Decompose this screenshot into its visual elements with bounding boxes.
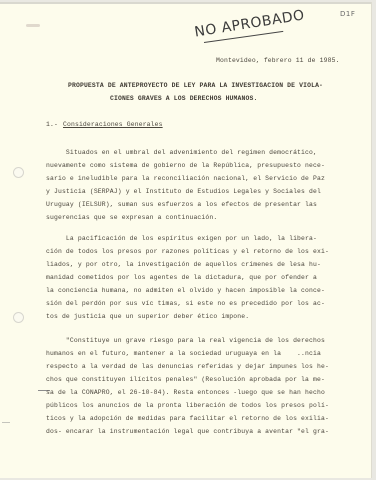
text-line: "Constituye un grave riesgo para la real… [46, 337, 325, 345]
text-line: ticos y la adopción de medidas para faci… [46, 415, 329, 423]
text-line: sugerencias que se expresan a continuaci… [46, 214, 217, 222]
text-line: La pacificación de los espíritus exigen … [46, 235, 317, 243]
text-line: Situados en el umbral del advenimiento d… [46, 149, 317, 157]
text-line: liados, y por otro, la investigación de … [46, 261, 321, 269]
text-line: la conciencia humana, no admiten el olvi… [46, 287, 325, 295]
scan-smudge [26, 24, 40, 27]
document-title-line-2: CIONES GRAVES A LOS DERECHOS HUMANOS. [110, 95, 257, 103]
document-title-line-1: PROPUESTA DE ANTEPROYECTO DE LEY PARA LA… [68, 82, 323, 90]
text-line: tos de justicia que un superior deber ét… [46, 313, 249, 321]
page-top-edge [0, 2, 371, 4]
text-line: sión del perdón por sus víc timas, si es… [46, 300, 325, 308]
document-page: NO APROBADO D1F Montevideo, febrero 11 d… [0, 2, 372, 478]
date-line: Montevideo, febrero 11 de 1985. [216, 57, 340, 65]
folio-mark: D1F [340, 10, 355, 18]
margin-mark [2, 422, 10, 423]
text-line: respecto a la verdad de las denuncias re… [46, 363, 329, 371]
text-line: ción de todos los presos por razones pol… [46, 248, 329, 256]
text-line: sa de la CONAPRO, el 26-10-84). Resta en… [46, 389, 325, 397]
section-number: 1.- [46, 121, 58, 129]
text-line: Uruguay (IELSUR), suman sus esfuerzos a … [46, 201, 317, 209]
text-line: humanos en el futuro, mantener a la soci… [46, 350, 321, 358]
text-line: dos- encarar la instrumentación legal qu… [46, 428, 329, 436]
text-line: manidad cometidos por los agentes de la … [46, 274, 317, 282]
punch-hole-icon [13, 167, 24, 178]
section-heading: Consideraciones Generales [63, 121, 163, 129]
text-line: públicos los anuncios de la pronta liber… [46, 402, 329, 410]
text-line: sario e ineludible para la reconciliació… [46, 175, 325, 183]
text-line: nuevamente como sistema de gobierno de l… [46, 162, 325, 170]
text-line: y Justicia (SERPAJ) y el Instituto de Es… [46, 188, 321, 196]
text-line: chos que constituyen ilícitos penales" (… [46, 376, 325, 384]
punch-hole-icon [13, 312, 24, 323]
